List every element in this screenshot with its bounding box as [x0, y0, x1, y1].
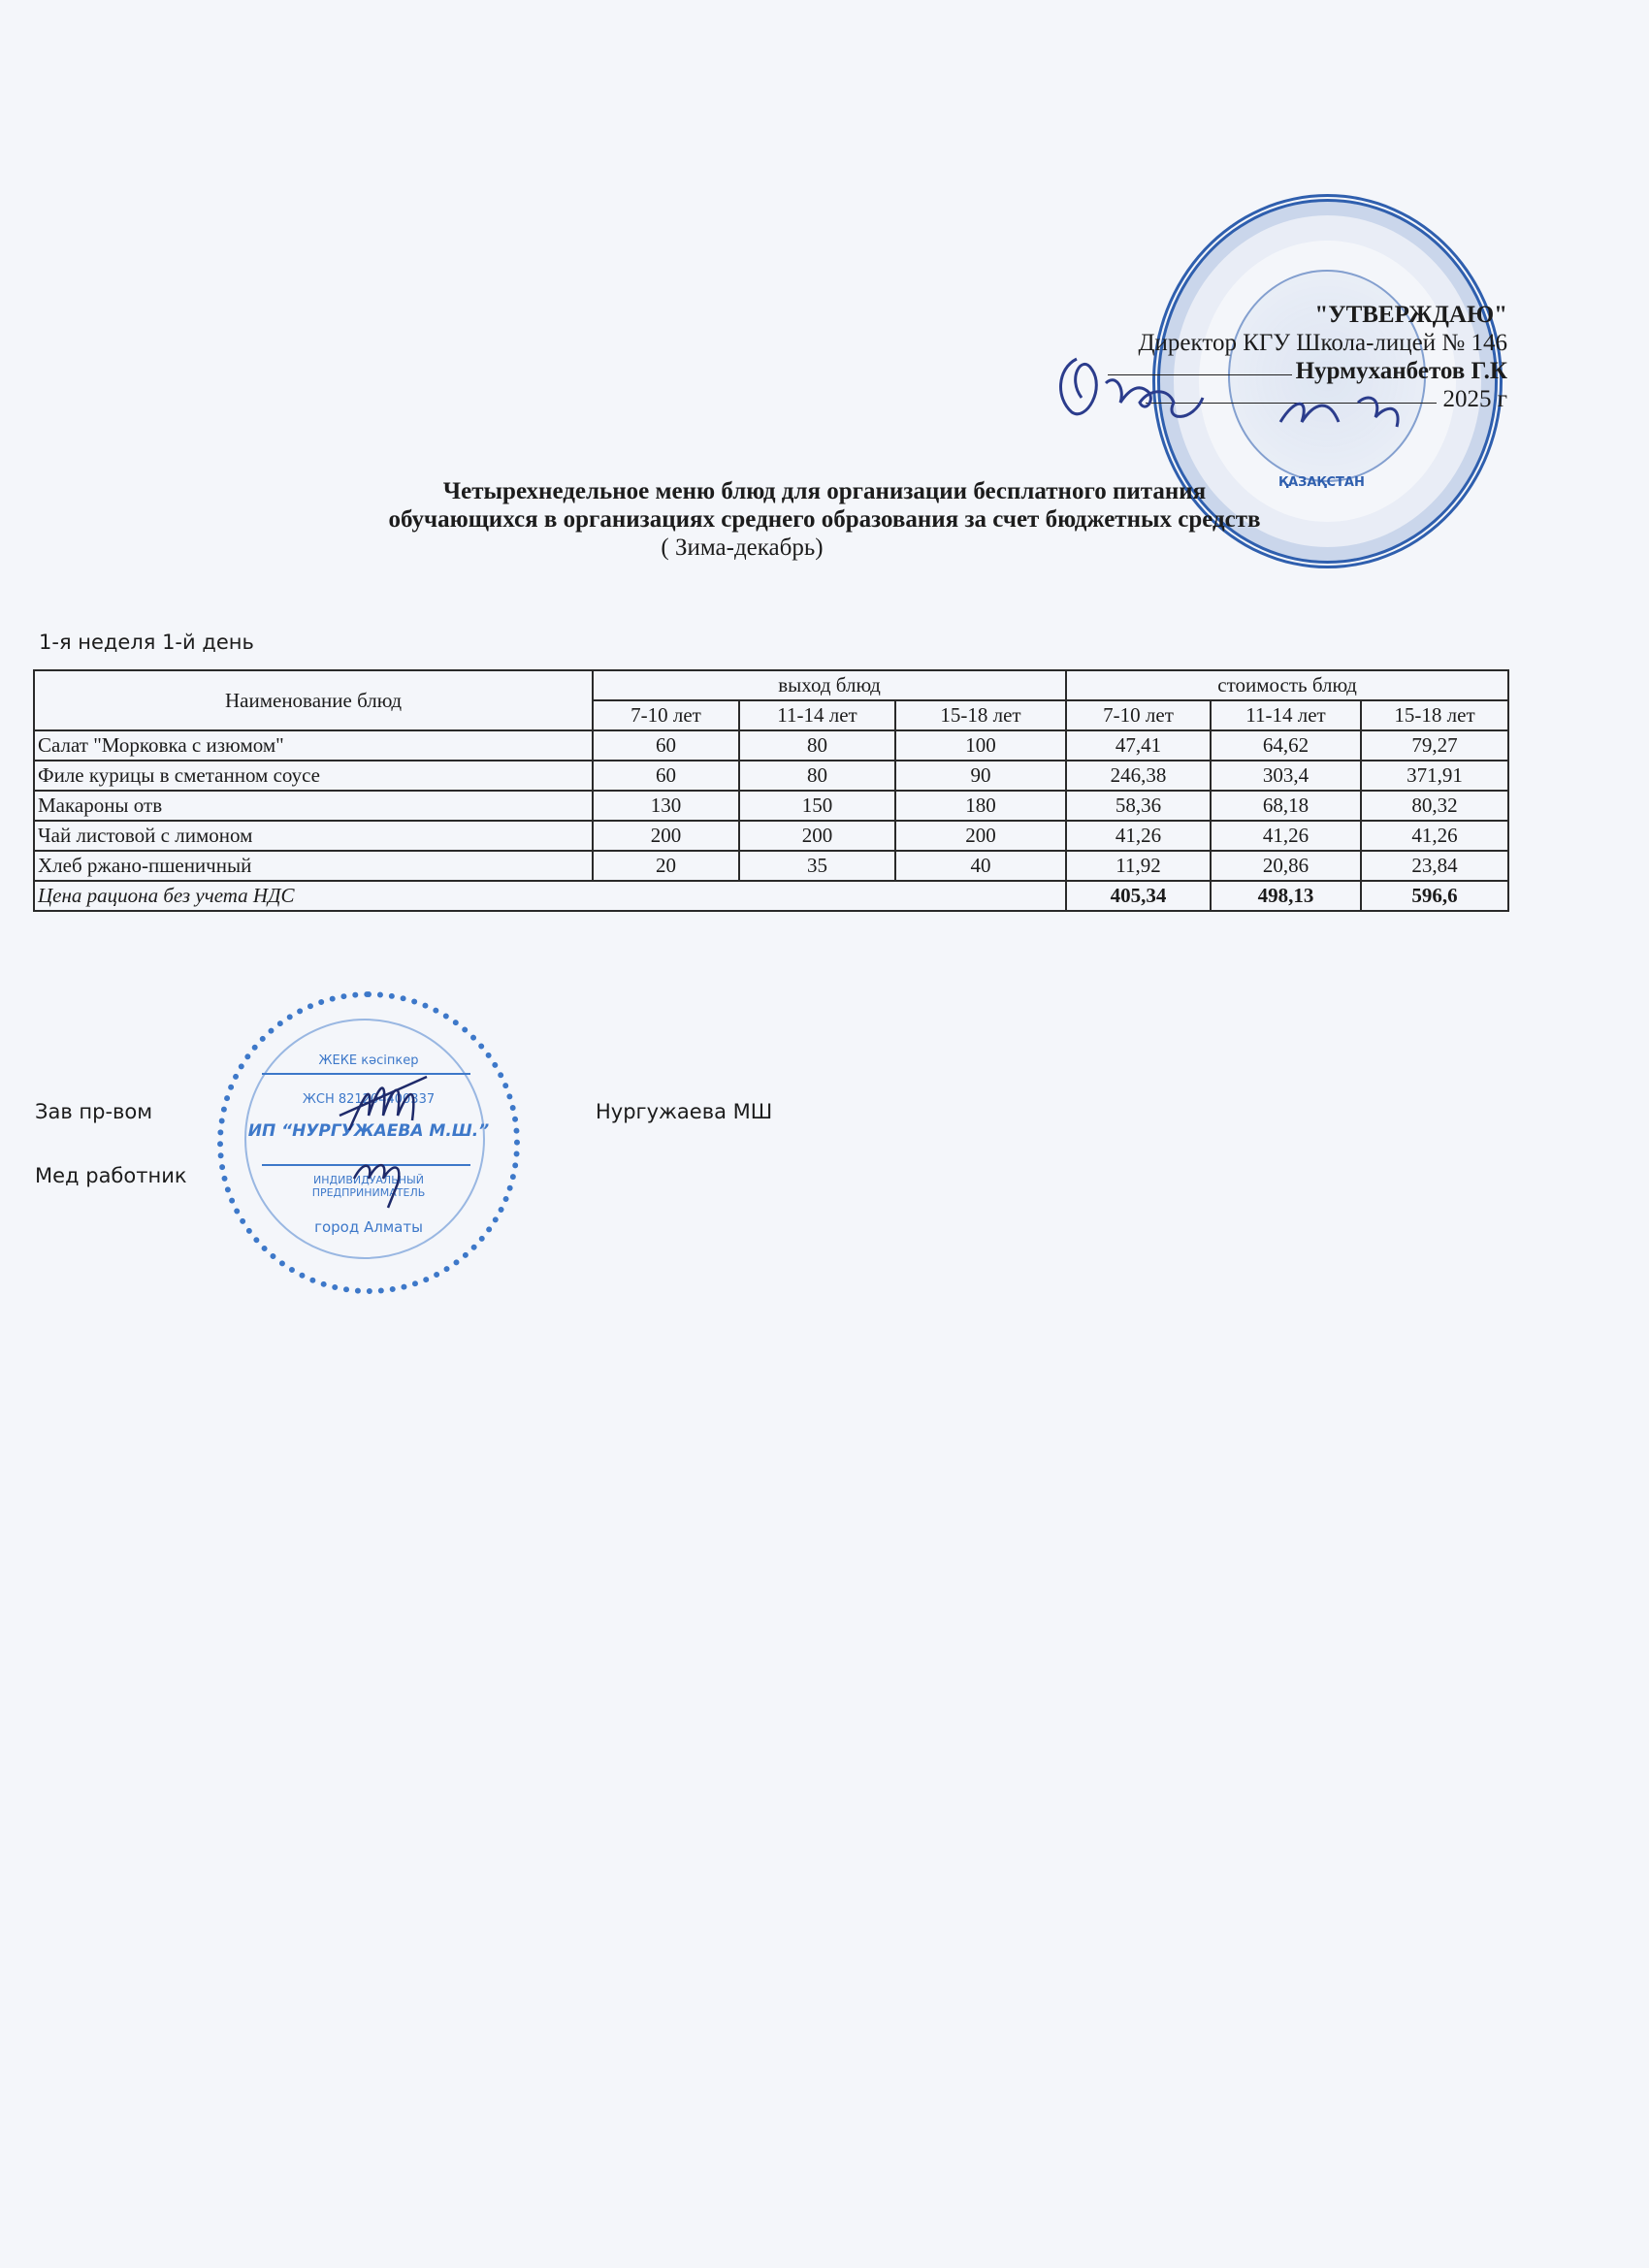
dish-cost: 20,86 [1211, 851, 1361, 881]
dish-cost: 11,92 [1066, 851, 1211, 881]
dish-yield: 200 [739, 821, 895, 851]
dish-yield: 35 [739, 851, 895, 881]
dish-cost: 80,32 [1361, 791, 1508, 821]
dish-yield: 60 [593, 730, 739, 761]
document-heading: Четырехнедельное меню блюд для организац… [0, 477, 1649, 562]
dish-cost: 64,62 [1211, 730, 1361, 761]
col-header-dish: Наименование блюд [34, 670, 593, 730]
dish-yield: 130 [593, 791, 739, 821]
dish-name: Филе курицы в сметанном соусе [34, 761, 593, 791]
approval-title: "УТВЕРЖДАЮ" [1108, 301, 1507, 329]
dish-yield: 20 [593, 851, 739, 881]
heading-season: ( Зима-декабрь) [0, 534, 1649, 562]
table-row: Макароны отв13015018058,3668,1880,32 [34, 791, 1508, 821]
col-header-age: 7-10 лет [1066, 700, 1211, 730]
dish-cost: 79,27 [1361, 730, 1508, 761]
col-header-age: 11-14 лет [1211, 700, 1361, 730]
table-row: Салат "Морковка с изюмом"608010047,4164,… [34, 730, 1508, 761]
table-row: Филе курицы в сметанном соусе608090246,3… [34, 761, 1508, 791]
col-group-yield: выход блюд [593, 670, 1066, 700]
dish-cost: 41,26 [1066, 821, 1211, 851]
dish-yield: 200 [895, 821, 1066, 851]
dish-name: Чай листовой с лимоном [34, 821, 593, 851]
dish-name: Макароны отв [34, 791, 593, 821]
total-cost: 405,34 [1066, 881, 1211, 911]
dish-cost: 371,91 [1361, 761, 1508, 791]
dish-cost: 41,26 [1211, 821, 1361, 851]
dish-yield: 80 [739, 730, 895, 761]
total-cost: 596,6 [1361, 881, 1508, 911]
dish-name: Хлеб ржано-пшеничный [34, 851, 593, 881]
total-cost: 498,13 [1211, 881, 1361, 911]
dish-yield: 200 [593, 821, 739, 851]
stamp-city-text: город Алматы [223, 1218, 514, 1236]
dish-name: Салат "Морковка с изюмом" [34, 730, 593, 761]
col-header-age: 15-18 лет [895, 700, 1066, 730]
dish-cost: 23,84 [1361, 851, 1508, 881]
total-label: Цена рациона без учета НДС [34, 881, 1066, 911]
table-header-row: Наименование блюд выход блюд стоимость б… [34, 670, 1508, 700]
col-group-cost: стоимость блюд [1066, 670, 1508, 700]
table-row: Хлеб ржано-пшеничный20354011,9220,8623,8… [34, 851, 1508, 881]
menu-table: Наименование блюд выход блюд стоимость б… [33, 669, 1509, 912]
dish-cost: 303,4 [1211, 761, 1361, 791]
dish-cost: 58,36 [1066, 791, 1211, 821]
medic-label: Мед работник [35, 1164, 187, 1187]
dish-cost: 246,38 [1066, 761, 1211, 791]
col-header-age: 11-14 лет [739, 700, 895, 730]
dish-yield: 60 [593, 761, 739, 791]
dish-yield: 80 [739, 761, 895, 791]
col-header-age: 7-10 лет [593, 700, 739, 730]
day-label: 1-я неделя 1-й день [39, 631, 254, 654]
col-header-age: 15-18 лет [1361, 700, 1508, 730]
heading-line-1: Четырехнедельное меню блюд для организац… [0, 477, 1649, 505]
dish-yield: 100 [895, 730, 1066, 761]
dish-yield: 90 [895, 761, 1066, 791]
production-head-label: Зав пр-вом [35, 1100, 152, 1123]
heading-line-2: обучающихся в организациях среднего обра… [0, 505, 1649, 534]
dish-cost: 41,26 [1361, 821, 1508, 851]
production-signature-icon [320, 1057, 446, 1213]
dish-cost: 68,18 [1211, 791, 1361, 821]
table-total-row: Цена рациона без учета НДС 405,34 498,13… [34, 881, 1508, 911]
production-head-name: Нургужаева МШ [596, 1100, 772, 1123]
table-row: Чай листовой с лимоном20020020041,2641,2… [34, 821, 1508, 851]
dish-yield: 180 [895, 791, 1066, 821]
dish-yield: 40 [895, 851, 1066, 881]
director-signature-icon [1048, 330, 1455, 437]
dish-cost: 47,41 [1066, 730, 1211, 761]
dish-yield: 150 [739, 791, 895, 821]
